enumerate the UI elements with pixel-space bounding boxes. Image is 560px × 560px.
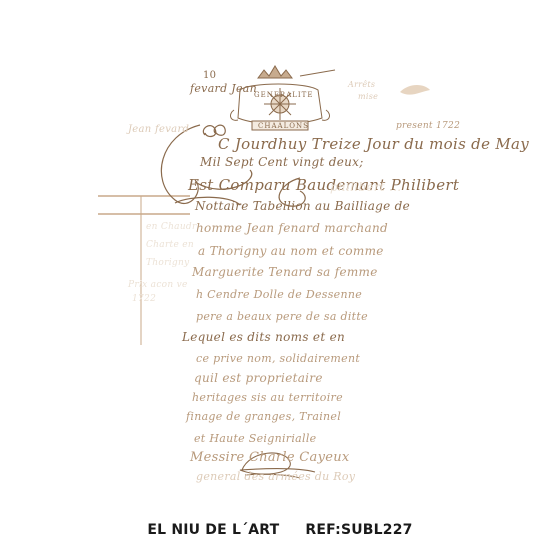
body-line: heritages sis au territoire bbox=[192, 391, 343, 404]
decoupage-sheet: GENERALITE CHAALONS 10 fevard Jean Jean … bbox=[0, 0, 560, 560]
body-line: quil est proprietaire bbox=[194, 371, 323, 385]
body-line: Est Comparu Baudemant Philibert bbox=[188, 176, 459, 194]
header-left: fevard Jean bbox=[190, 82, 257, 95]
body-line: pere a beaux pere de sa ditte bbox=[196, 310, 368, 323]
product-caption: EL NIU DE L´ARTREF:SUBL227 bbox=[0, 522, 560, 538]
body-line: Lequel es dits noms et en bbox=[182, 330, 345, 344]
header-right-faint-2: mise bbox=[358, 92, 378, 101]
body-line: h Cendre Dolle de Dessenne bbox=[196, 288, 362, 301]
body-line: general des armées du Roy bbox=[196, 470, 355, 483]
page-number: 10 bbox=[203, 70, 216, 81]
body-line: Mil Sept Cent vingt deux; bbox=[200, 155, 364, 169]
header-left-faint: Jean fevard bbox=[128, 124, 189, 135]
body-line: homme Jean fenard marchand bbox=[196, 221, 388, 235]
quill-doodle bbox=[400, 85, 430, 95]
margin-note: Thorigny bbox=[146, 258, 189, 268]
seal-banner-bottom: CHAALONS bbox=[258, 122, 309, 130]
margin-rules bbox=[98, 196, 190, 345]
margin-note-right: present 1722 bbox=[396, 121, 460, 131]
margin-note: Prix acon ve bbox=[128, 280, 188, 290]
body-line: Messire Charle Cayeux bbox=[190, 450, 350, 465]
body-line: C Jourdhuy Treize Jour du mois de May bbox=[218, 135, 529, 153]
product-reference: REF:SUBL227 bbox=[305, 522, 412, 538]
body-line: Marguerite Tenard sa femme bbox=[192, 265, 378, 279]
body-line: finage de granges, Trainel bbox=[186, 410, 341, 423]
margin-note: 1722 bbox=[132, 294, 156, 304]
body-line: a Thorigny au nom et comme bbox=[198, 244, 384, 258]
body-line: Nottaire Tabellion au Bailliage de bbox=[195, 199, 410, 213]
margin-note: Charte en bbox=[146, 240, 194, 250]
seal-banner-top: GENERALITE bbox=[254, 91, 313, 99]
brand-name: EL NIU DE L´ART bbox=[147, 522, 279, 538]
body-line: ce prive nom, solidairement bbox=[196, 352, 360, 365]
header-right-faint-1: Arrêts bbox=[348, 80, 375, 89]
body-line: et Haute Seignirialle bbox=[194, 432, 316, 445]
margin-note: en Chaudr bbox=[146, 222, 197, 232]
